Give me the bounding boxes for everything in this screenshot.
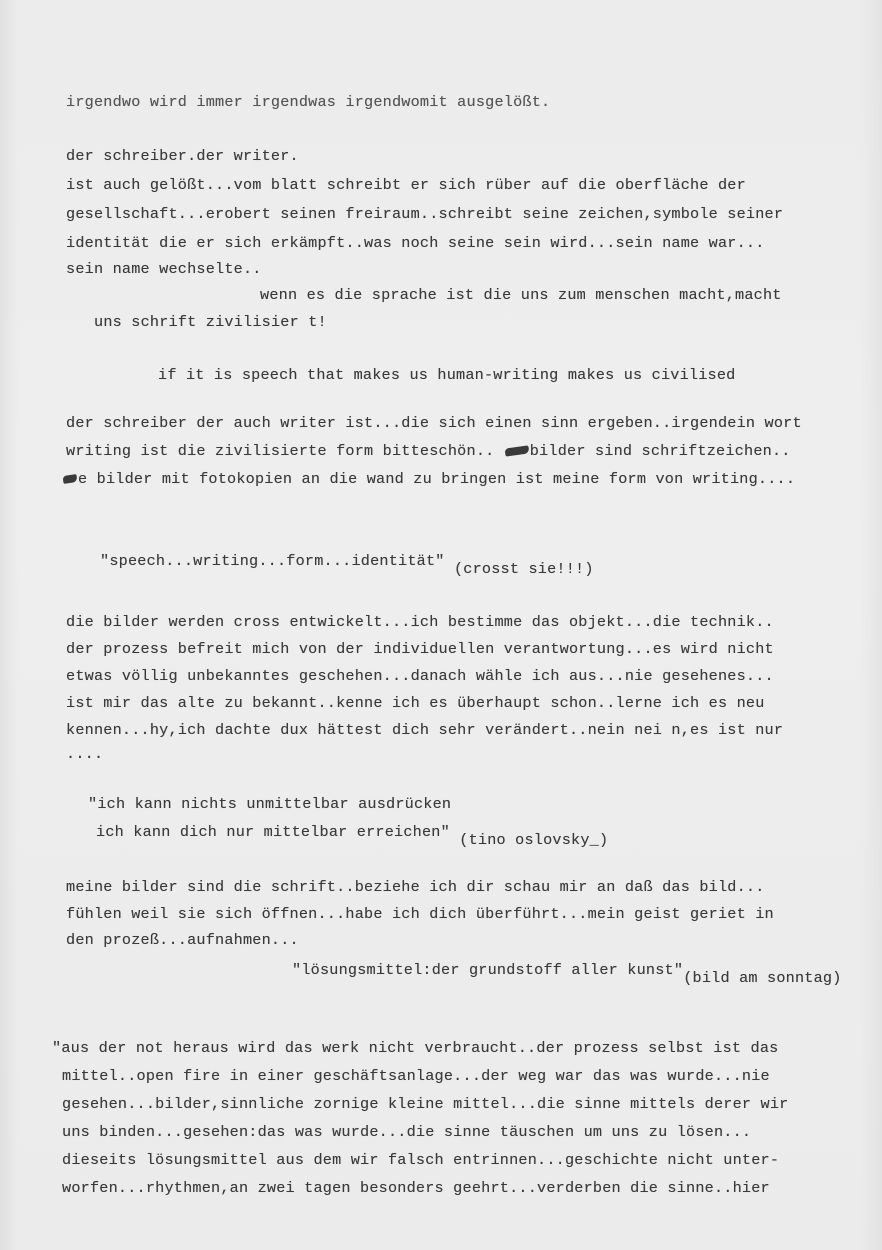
citation-2: "lösungsmittel:der grundstoff aller kuns…: [292, 960, 842, 980]
paragraph-1-line-3: gesellschaft...erobert seinen freiraum..…: [66, 204, 783, 224]
paragraph-1-line-1: der schreiber.der writer.: [66, 146, 299, 166]
paragraph-1-line-2: ist auch gelößt...vom blatt schreibt er …: [66, 175, 746, 195]
paragraph-5-line-3: gesehen...bilder,sinnliche zornige klein…: [62, 1094, 789, 1114]
german-quote-line-2: uns schrift zivilisier t!: [94, 312, 327, 332]
paragraph-2-line-1: der schreiber der auch writer ist...die …: [66, 413, 802, 433]
paragraph-1-line-4: identität die er sich erkämpft..was noch…: [66, 233, 765, 253]
keywords-aside: (crosst sie!!!): [454, 560, 594, 578]
citation-1-line-2: ich kann dich nur mittelbar erreichen" (…: [96, 822, 608, 842]
paragraph-2-line-3-text: e bilder mit fotokopien an die wand zu b…: [78, 470, 795, 488]
paragraph-5-line-2: mittel..open fire in einer geschäftsanla…: [62, 1066, 770, 1086]
german-quote-line-1: wenn es die sprache ist die uns zum mens…: [260, 285, 782, 305]
citation-2-source: (bild am sonntag): [683, 969, 841, 987]
paragraph-5-line-1: "aus der not heraus wird das werk nicht …: [52, 1038, 779, 1058]
paragraph-3-line-2: der prozess befreit mich von der individ…: [66, 639, 774, 659]
english-quote: if it is speech that makes us human-writ…: [158, 365, 735, 385]
paragraph-3-line-5: kennen...hy,ich dachte dux hättest dich …: [66, 720, 783, 740]
paragraph-5-line-5: dieseits lösungsmittel aus dem wir falsc…: [62, 1150, 779, 1170]
citation-1-line-2-text: ich kann dich nur mittelbar erreichen": [96, 823, 450, 841]
keywords-text: "speech...writing...form...identität": [100, 552, 445, 570]
paragraph-2-line-3: e bilder mit fotokopien an die wand zu b…: [62, 469, 795, 489]
typewritten-page: irgendwo wird immer irgendwas irgendwomi…: [0, 0, 882, 1250]
paragraph-3-line-1: die bilder werden cross entwickelt...ich…: [66, 612, 774, 632]
paragraph-2-line-2: writing ist die zivilisierte form bittes…: [66, 441, 791, 461]
intro-line: irgendwo wird immer irgendwas irgendwomi…: [66, 92, 550, 112]
paragraph-3-line-4: ist mir das alte zu bekannt..kenne ich e…: [66, 693, 765, 713]
paragraph-4-line-2: fühlen weil sie sich öffnen...habe ich d…: [66, 904, 774, 924]
strikeout-mark: [63, 474, 78, 484]
paragraph-4-line-1: meine bilder sind die schrift..beziehe i…: [66, 877, 765, 897]
keywords-line: "speech...writing...form...identität" (c…: [100, 551, 594, 571]
paragraph-3-line-3: etwas völlig unbekanntes geschehen...dan…: [66, 666, 774, 686]
paragraph-3-line-6: ....: [66, 744, 103, 764]
citation-2-text: "lösungsmittel:der grundstoff aller kuns…: [292, 961, 683, 979]
strikeout-mark: [504, 445, 529, 456]
paragraph-5-line-4: uns binden...gesehen:das was wurde...die…: [62, 1122, 751, 1142]
paragraph-5-line-6: worfen...rhythmen,an zwei tagen besonder…: [62, 1178, 770, 1198]
paragraph-4-line-3: den prozeß...aufnahmen...: [66, 930, 299, 950]
paragraph-2-line-2b: bilder sind schriftzeichen..: [530, 442, 791, 460]
citation-1-line-1: "ich kann nichts unmittelbar ausdrücken: [88, 794, 451, 814]
paragraph-2-line-2a: writing ist die zivilisierte form bittes…: [66, 442, 494, 460]
paragraph-1-line-5: sein name wechselte..: [66, 259, 262, 279]
citation-1-source: (tino oslovsky_): [459, 831, 608, 849]
